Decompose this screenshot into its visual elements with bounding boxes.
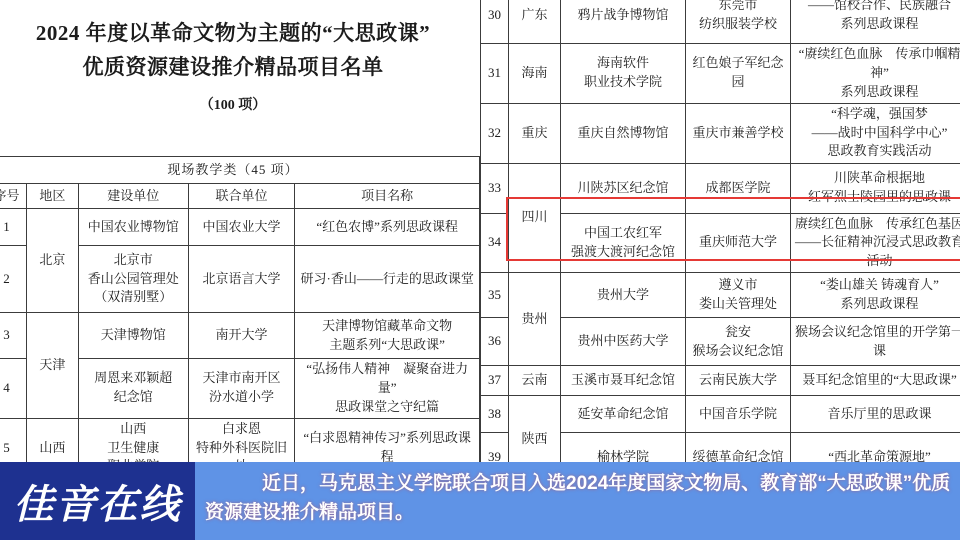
page-title-line1: 2024 年度以革命文物为主题的“大思政课”	[0, 16, 480, 50]
column-header: 地区	[26, 184, 78, 209]
project-cell: 猴场会议纪念馆里的开学第一课	[791, 318, 960, 366]
region-cell: 陕西	[509, 396, 561, 462]
column-header: 序号	[0, 184, 26, 209]
partner-cell: 中国农业大学	[188, 209, 295, 246]
row-number-cell: 30	[481, 0, 509, 44]
table-row: 37云南玉溪市聂耳纪念馆云南民族大学聂耳纪念馆里的“大思政课”	[481, 366, 960, 396]
row-number-cell: 38	[481, 396, 509, 433]
project-cell: 聂耳纪念馆里的“大思政课”	[791, 366, 960, 396]
project-cell: 音乐厅里的思政课	[791, 396, 960, 433]
partner-cell: 南开大学	[188, 313, 295, 359]
region-cell: 北京	[26, 209, 78, 313]
builder-cell: 中国农业博物馆	[78, 209, 188, 246]
region-cell: 广东	[509, 0, 561, 44]
row-number-cell: 35	[481, 273, 509, 318]
news-text: 近日，马克思主义学院联合项目入选2024年度国家文物局、教育部“大思政课”优质资…	[205, 470, 956, 528]
region-cell: 云南	[509, 366, 561, 396]
project-cell: 赓续红色血脉 传承红色基因 ——长征精神沉浸式思政教育活动	[791, 213, 960, 273]
region-cell: 山西	[26, 418, 78, 462]
table-row: 38陕西延安革命纪念馆中国音乐学院音乐厅里的思政课	[481, 396, 960, 433]
table-row: 35贵州贵州大学遵义市 娄山关管理处“娄山雄关 铸魂育人” 系列思政课程	[481, 273, 960, 318]
region-cell: 四川	[509, 163, 561, 273]
news-text-block: 近日，马克思主义学院联合项目入选2024年度国家文物局、教育部“大思政课”优质资…	[195, 462, 960, 540]
builder-cell: 天津博物馆	[78, 313, 188, 359]
partner-cell: 北京语言大学	[188, 246, 295, 313]
partner-cell: 重庆市兼善学校	[686, 103, 791, 163]
builder-cell: 榆林学院	[561, 433, 686, 462]
table-row: 5山西山西 卫生健康 职业学院白求恩 特种外科医院旧址“白求恩精神传习”系列思政…	[0, 418, 480, 462]
project-cell: ——馆校合作、民族融合 系列思政课程	[791, 0, 960, 44]
builder-cell: 北京市 香山公园管理处 （双清别墅）	[78, 246, 188, 313]
row-number-cell: 33	[481, 163, 509, 213]
row-number-cell: 36	[481, 318, 509, 366]
partner-cell: 白求恩 特种外科医院旧址	[188, 418, 295, 462]
project-cell: “赓续红色血脉 传承巾帼精神” 系列思政课程	[791, 44, 960, 104]
builder-cell: 川陕苏区纪念馆	[561, 163, 686, 213]
section-header: 现场教学类（45 项）	[0, 157, 480, 184]
builder-cell: 贵州中医药大学	[561, 318, 686, 366]
row-number-cell: 4	[0, 359, 26, 419]
builder-cell: 贵州大学	[561, 273, 686, 318]
builder-cell: 海南软件 职业技术学院	[561, 44, 686, 104]
table-row: 33四川川陕苏区纪念馆成都医学院川陕革命根据地 红军烈士陵园里的思政课	[481, 163, 960, 213]
partner-cell: 云南民族大学	[686, 366, 791, 396]
partner-cell: 遵义市 娄山关管理处	[686, 273, 791, 318]
row-number-cell: 34	[481, 213, 509, 273]
page-title-line2: 优质资源建设推介精品项目名单	[0, 50, 480, 84]
column-header: 项目名称	[295, 184, 480, 209]
builder-cell: 延安革命纪念馆	[561, 396, 686, 433]
project-cell: 天津博物馆藏革命文物 主题系列“大思政课”	[295, 313, 480, 359]
partner-cell: 红色娘子军纪念园	[686, 44, 791, 104]
row-number-cell: 2	[0, 246, 26, 313]
region-cell: 海南	[509, 44, 561, 104]
project-cell: 研习·香山——行走的思政课堂	[295, 246, 480, 313]
row-number-cell: 1	[0, 209, 26, 246]
page-title: 2024 年度以革命文物为主题的“大思政课” 优质资源建设推介精品项目名单 （1…	[0, 0, 480, 114]
document-right-column: 30广东鸦片战争博物馆东莞市 纺织服装学校——馆校合作、民族融合 系列思政课程3…	[480, 0, 960, 462]
project-cell: “白求恩精神传习”系列思政课程	[295, 418, 480, 462]
row-number-cell: 31	[481, 44, 509, 104]
table-row: 31海南海南软件 职业技术学院红色娘子军纪念园“赓续红色血脉 传承巾帼精神” 系…	[481, 44, 960, 104]
table-row: 1北京中国农业博物馆中国农业大学“红色农博”系列思政课程	[0, 209, 480, 246]
partner-cell: 中国音乐学院	[686, 396, 791, 433]
row-number-cell: 32	[481, 103, 509, 163]
table-row: 32重庆重庆自然博物馆重庆市兼善学校“科学魂，强国梦 ——战时中国科学中心” 思…	[481, 103, 960, 163]
page-title-count: （100 项）	[0, 94, 480, 114]
column-header: 联合单位	[188, 184, 295, 209]
news-banner: 佳音在线 近日，马克思主义学院联合项目入选2024年度国家文物局、教育部“大思政…	[0, 462, 960, 540]
project-cell: 川陕革命根据地 红军烈士陵园里的思政课	[791, 163, 960, 213]
builder-cell: 玉溪市聂耳纪念馆	[561, 366, 686, 396]
project-cell: “西北革命策源地”	[791, 433, 960, 462]
table-row: 30广东鸦片战争博物馆东莞市 纺织服装学校——馆校合作、民族融合 系列思政课程	[481, 0, 960, 44]
builder-cell: 山西 卫生健康 职业学院	[78, 418, 188, 462]
builder-cell: 鸦片战争博物馆	[561, 0, 686, 44]
region-cell: 天津	[26, 313, 78, 419]
results-table-left: 现场教学类（45 项） 序号地区建设单位联合单位项目名称 1北京中国农业博物馆中…	[0, 156, 480, 462]
table-row: 3天津天津博物馆南开大学天津博物馆藏革命文物 主题系列“大思政课”	[0, 313, 480, 359]
project-cell: “弘扬伟人精神 凝聚奋进力量” 思政课堂之守纪篇	[295, 359, 480, 419]
row-number-cell: 37	[481, 366, 509, 396]
row-number-cell: 39	[481, 433, 509, 462]
row-number-cell: 5	[0, 418, 26, 462]
document-page: 2024 年度以革命文物为主题的“大思政课” 优质资源建设推介精品项目名单 （1…	[0, 0, 960, 462]
document-left-column: 2024 年度以革命文物为主题的“大思政课” 优质资源建设推介精品项目名单 （1…	[0, 0, 480, 462]
partner-cell: 成都医学院	[686, 163, 791, 213]
partner-cell: 天津市南开区 汾水道小学	[188, 359, 295, 419]
project-cell: “红色农博”系列思政课程	[295, 209, 480, 246]
builder-cell: 中国工农红军 强渡大渡河纪念馆	[561, 213, 686, 273]
project-cell: “娄山雄关 铸魂育人” 系列思政课程	[791, 273, 960, 318]
partner-cell: 重庆师范大学	[686, 213, 791, 273]
builder-cell: 重庆自然博物馆	[561, 103, 686, 163]
partner-cell: 东莞市 纺织服装学校	[686, 0, 791, 44]
region-cell: 重庆	[509, 103, 561, 163]
column-header-row: 序号地区建设单位联合单位项目名称	[0, 184, 480, 209]
brand-logo: 佳音在线	[0, 462, 195, 540]
row-number-cell: 3	[0, 313, 26, 359]
screenshot-root: { "document": { "title_line1": "2024 年度以…	[0, 0, 960, 540]
column-header: 建设单位	[78, 184, 188, 209]
region-cell: 贵州	[509, 273, 561, 366]
project-cell: “科学魂，强国梦 ——战时中国科学中心” 思政教育实践活动	[791, 103, 960, 163]
partner-cell: 绥德革命纪念馆	[686, 433, 791, 462]
results-table-right: 30广东鸦片战争博物馆东莞市 纺织服装学校——馆校合作、民族融合 系列思政课程3…	[480, 0, 960, 462]
partner-cell: 瓮安 猴场会议纪念馆	[686, 318, 791, 366]
builder-cell: 周恩来邓颖超 纪念馆	[78, 359, 188, 419]
